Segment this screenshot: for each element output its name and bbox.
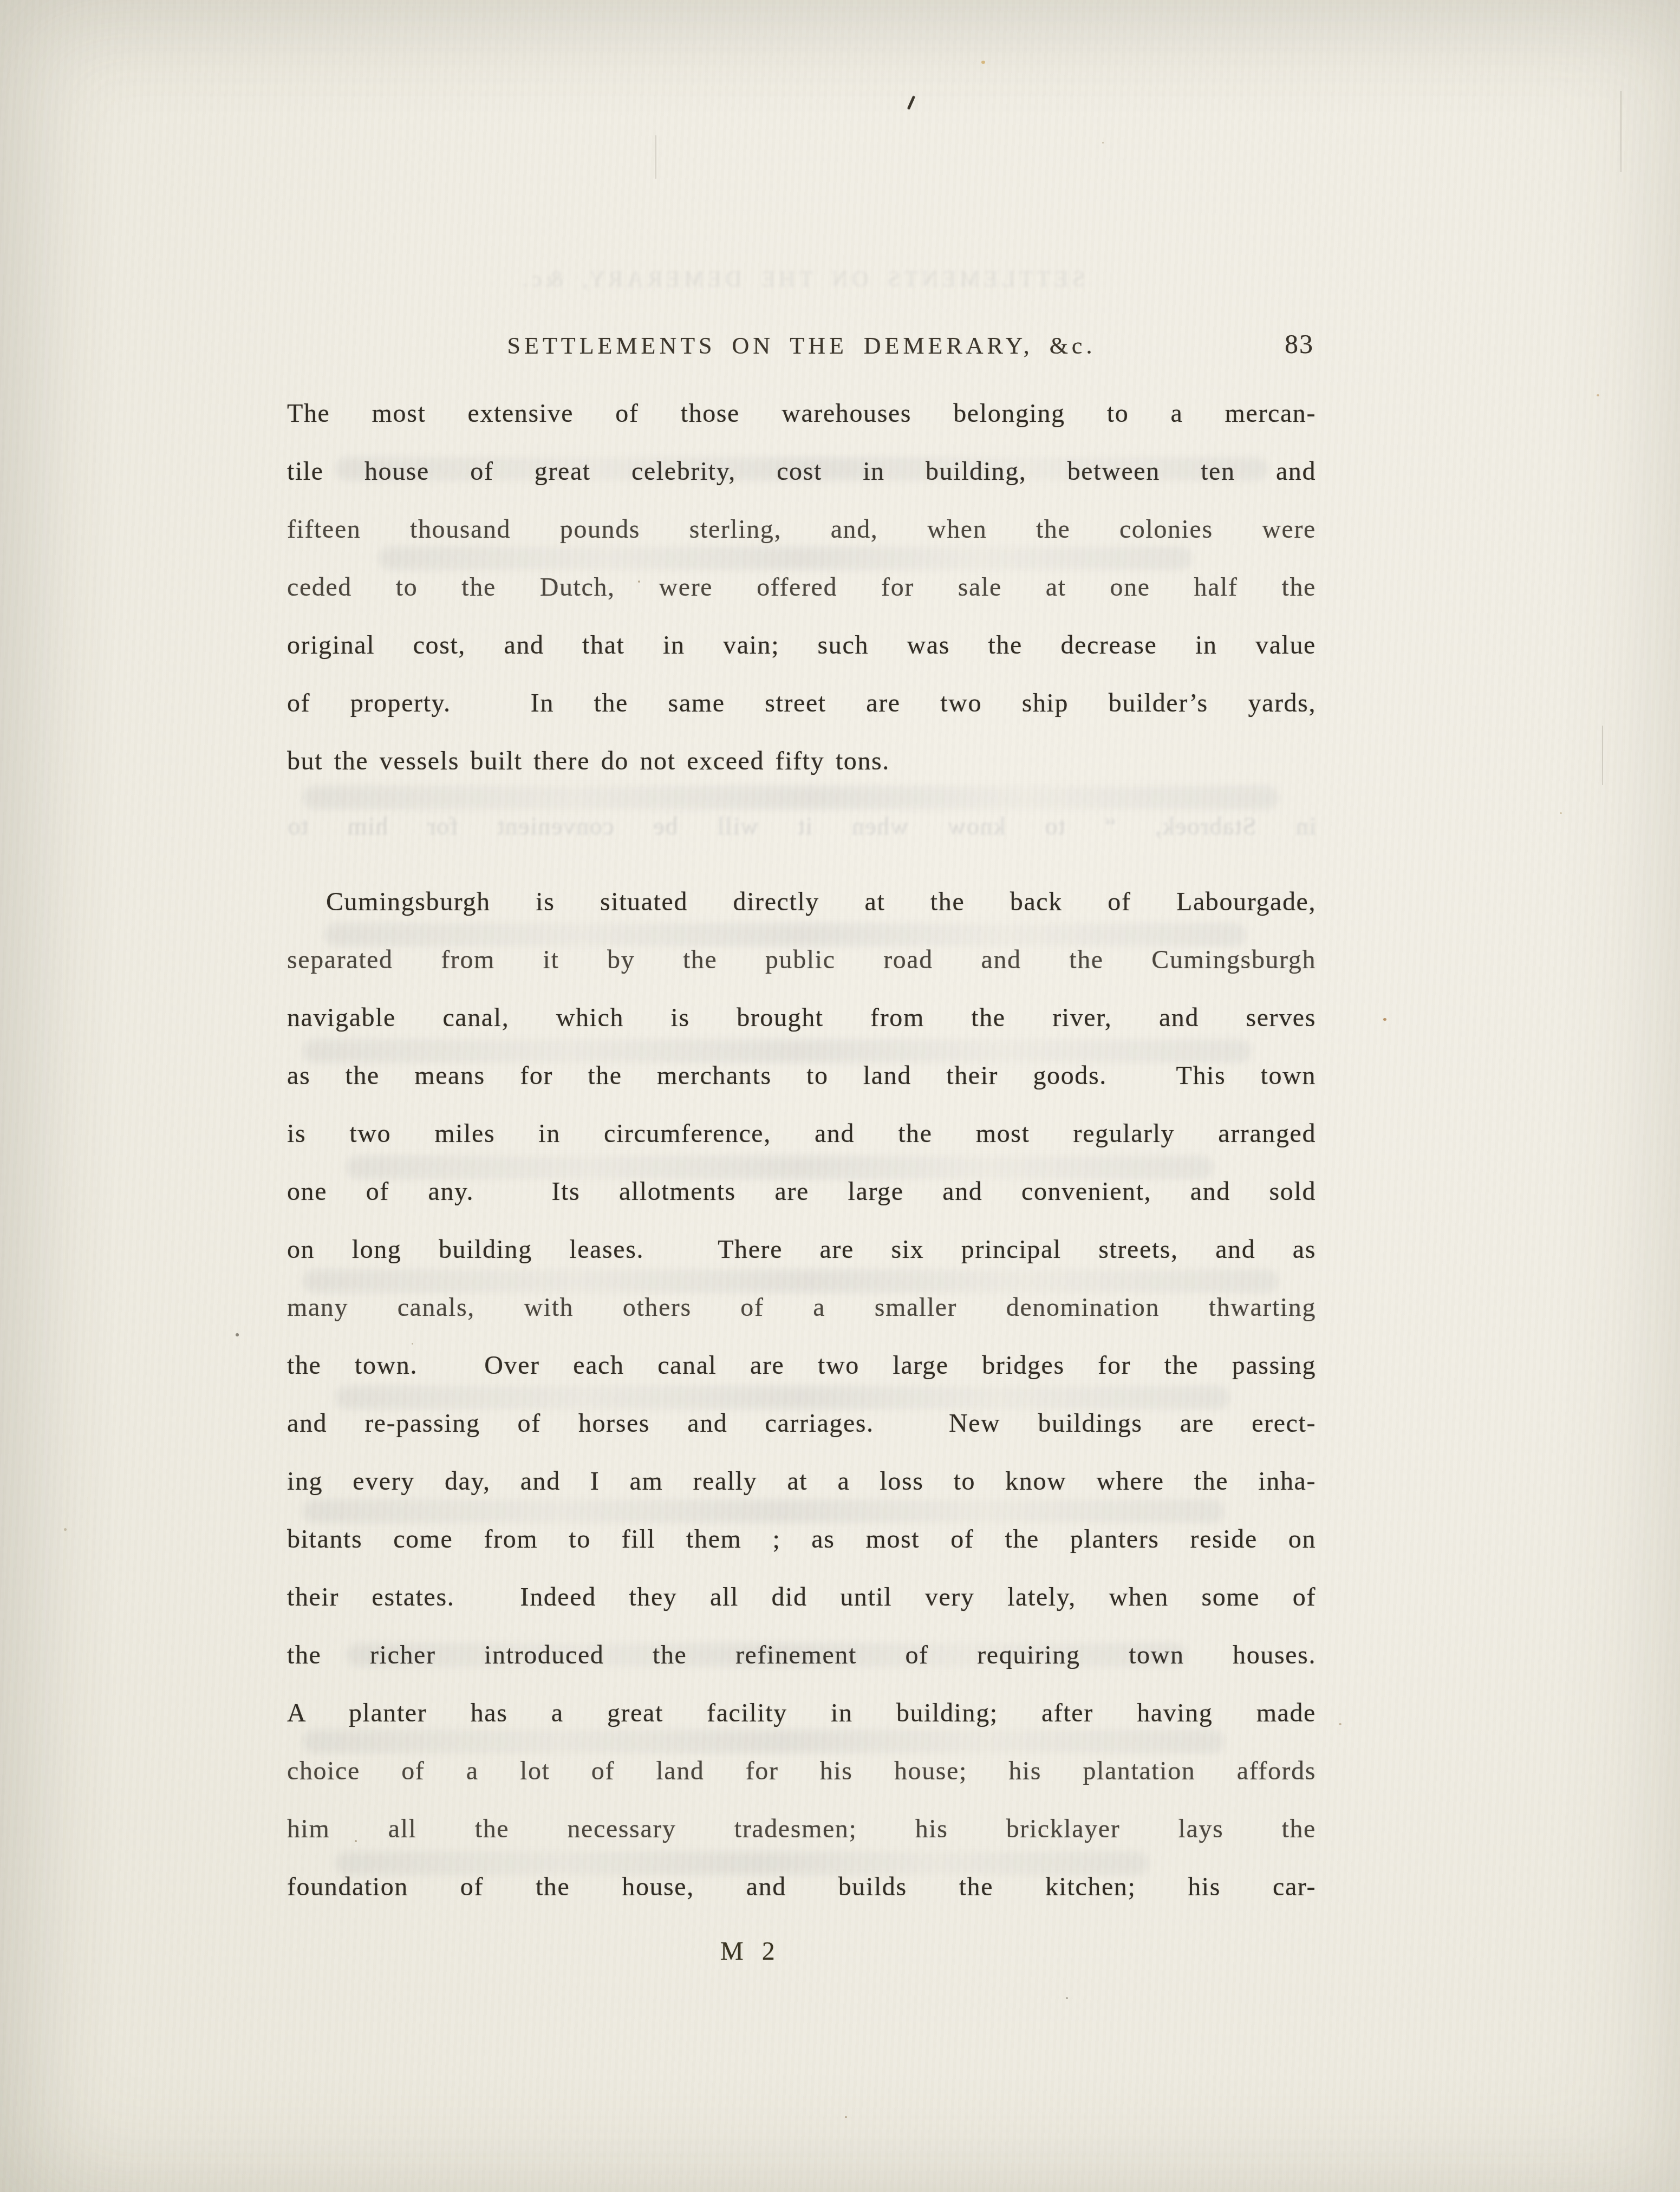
text-line: separated from it by the public road and…	[287, 931, 1316, 989]
stray-ink-mark	[907, 95, 916, 110]
ink-speck	[1560, 812, 1562, 814]
ink-speck	[981, 61, 985, 64]
text-line: and re-passing of horses and carriages. …	[287, 1394, 1316, 1452]
text-line: him all the necessary tradesmen; his bri…	[287, 1800, 1316, 1858]
text-line: original cost, and that in vain; such wa…	[287, 616, 1316, 674]
text-line: choice of a lot of land for his house; h…	[287, 1742, 1316, 1800]
scratch-line	[1602, 726, 1603, 785]
text-line: the richer introduced the refinement of …	[287, 1626, 1316, 1684]
bleedthrough-text-line: in Stabroek, “ to know when it will be c…	[287, 809, 1316, 844]
ink-speck	[1102, 142, 1104, 143]
ink-speck	[236, 1333, 239, 1336]
text-line: many canals, with others of a smaller de…	[287, 1278, 1316, 1336]
bleedthrough-header-text: SETTLEMENTS ON THE DEMERARY, &c.	[287, 266, 1316, 292]
running-head-title: SETTLEMENTS ON THE DEMERARY, &c.	[287, 329, 1316, 363]
page-number: 83	[1285, 327, 1314, 361]
ink-speck	[1066, 1997, 1068, 1999]
text-line: navigable canal, which is brought from t…	[287, 989, 1316, 1047]
ink-speck	[1597, 394, 1599, 396]
text-line: foundation of the house, and builds the …	[287, 1858, 1316, 1916]
text-line: their estates. Indeed they all did until…	[287, 1568, 1316, 1626]
book-page-scan: SETTLEMENTS ON THE DEMERARY, &c. SETTLEM…	[0, 0, 1680, 2192]
ink-speck	[845, 2116, 847, 2118]
text-line: but the vessels built there do not excee…	[287, 732, 1316, 790]
text-line: tile house of great celebrity, cost in b…	[287, 442, 1316, 500]
ink-speck	[64, 1528, 67, 1531]
text-line: is two miles in circumference, and the m…	[287, 1105, 1316, 1163]
paragraph-1: The most extensive of those warehouses b…	[287, 384, 1316, 790]
text-line: bitants come from to fill them ; as most…	[287, 1510, 1316, 1568]
text-line: the town. Over each canal are two large …	[287, 1336, 1316, 1394]
text-line: of property. In the same street are two …	[287, 674, 1316, 732]
text-line: ceded to the Dutch, were offered for sal…	[287, 558, 1316, 616]
text-line: one of any. Its allotments are large and…	[287, 1163, 1316, 1221]
text-line: on long building leases. There are six p…	[287, 1221, 1316, 1278]
text-line: The most extensive of those warehouses b…	[287, 384, 1316, 442]
text-line: A planter has a great facility in buildi…	[287, 1684, 1316, 1742]
running-head: SETTLEMENTS ON THE DEMERARY, &c. 83	[287, 329, 1316, 367]
paragraph-2: Cumingsburgh is situated directly at the…	[287, 873, 1316, 1916]
scratch-line	[655, 135, 656, 179]
text-line: Cumingsburgh is situated directly at the…	[287, 873, 1316, 931]
text-line: fifteen thousand pounds sterling, and, w…	[287, 500, 1316, 558]
ink-speck	[1383, 1018, 1386, 1021]
text-line: as the means for the merchants to land t…	[287, 1047, 1316, 1105]
scratch-line	[1620, 91, 1622, 172]
text-line: ing every day, and I am really at a loss…	[287, 1452, 1316, 1510]
ink-speck	[1339, 1723, 1342, 1725]
signature-mark: M 2	[720, 1936, 777, 1966]
